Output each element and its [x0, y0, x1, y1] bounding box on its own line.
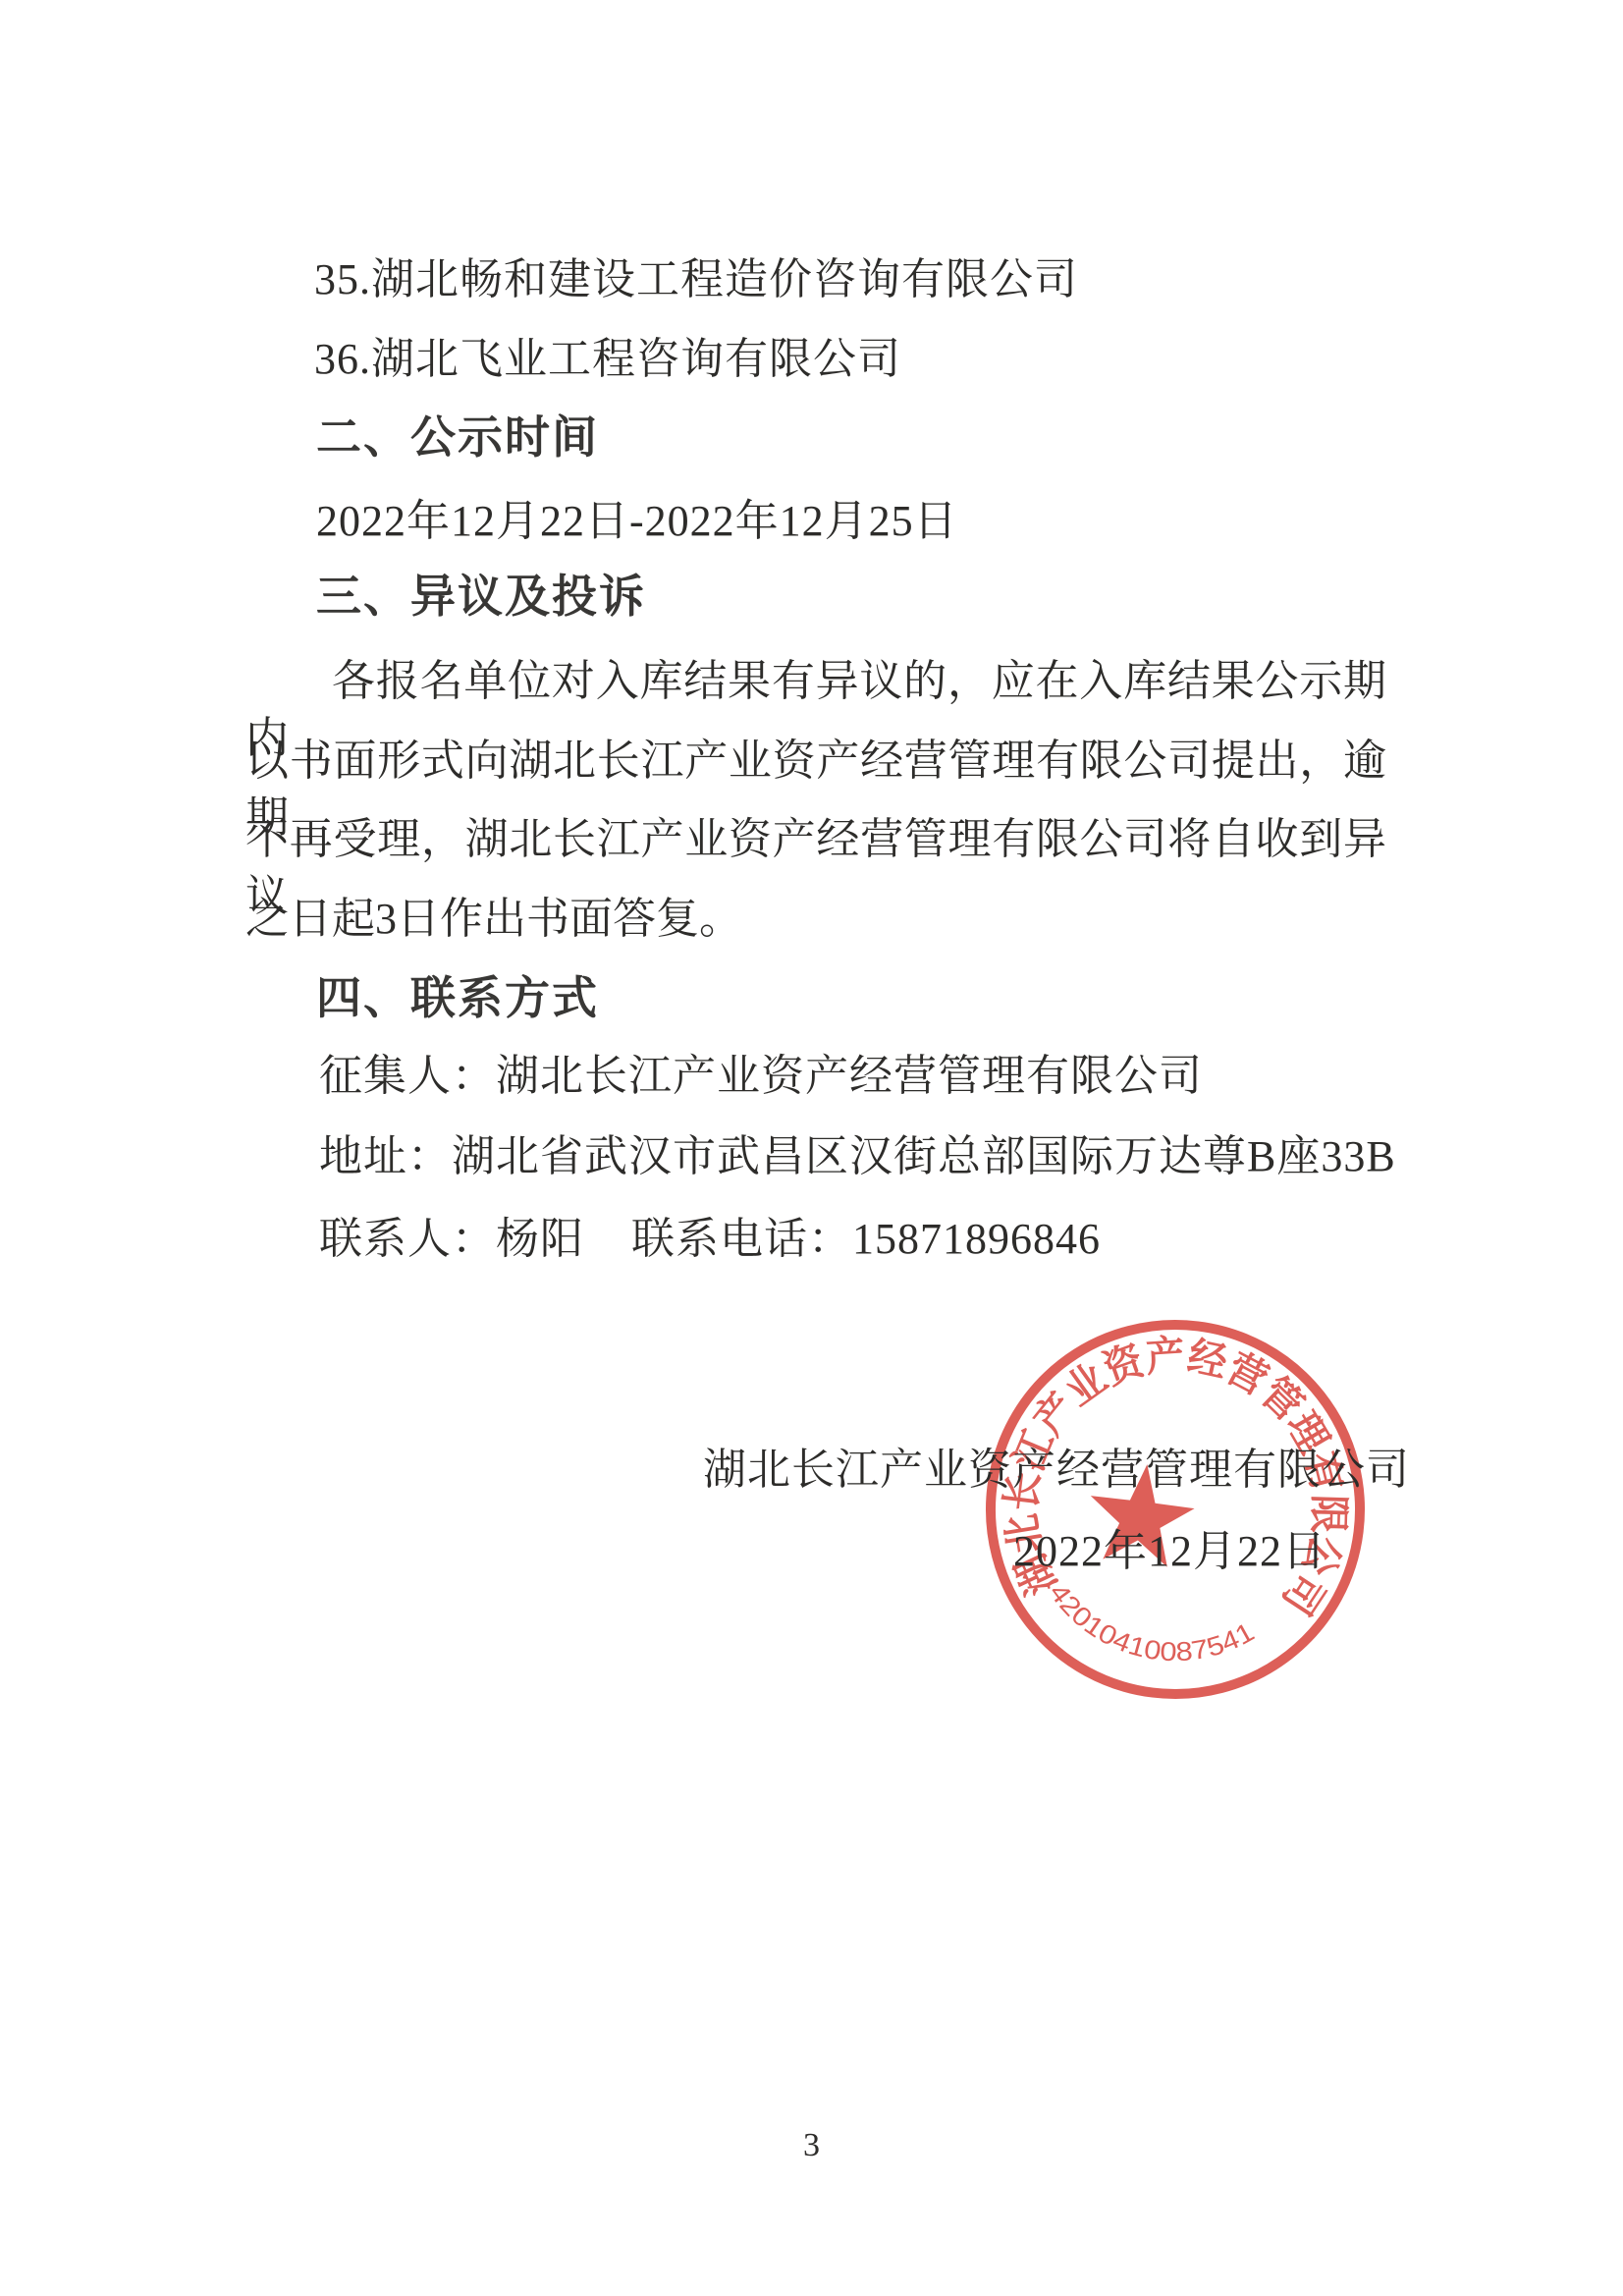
signature-date: 2022年12月22日: [1013, 1523, 1326, 1580]
section-contact-heading: 四、联系方式: [316, 969, 599, 1026]
publicity-date-range: 2022年12月22日-2022年12月25日: [316, 493, 958, 550]
objection-paragraph-line-4: 之日起3日作出书面答复。: [245, 891, 1386, 948]
contact-person: 联系人：杨阳: [319, 1211, 584, 1268]
document-page: 35.湖北畅和建设工程造价咨询有限公司 36.湖北飞业工程咨询有限公司 二、公示…: [0, 0, 1623, 2296]
contact-row: 联系人：杨阳 联系电话：15871896846: [319, 1211, 1101, 1268]
section-objection-heading: 三、异议及投诉: [316, 568, 646, 625]
contact-phone: 联系电话：15871896846: [631, 1211, 1101, 1268]
contact-address: 地址：湖北省武汉市武昌区汉街总部国际万达尊B座33B: [319, 1128, 1396, 1185]
contact-solicitor: 征集人：湖北长江产业资产经营管理有限公司: [319, 1048, 1203, 1105]
company-seal-stamp: 湖北长江产业资产经营管理有限公司 42010410087541: [946, 1280, 1405, 1739]
page-number: 3: [0, 2126, 1623, 2165]
section-publicity-heading: 二、公示时间: [316, 409, 599, 465]
list-item-36: 36.湖北飞业工程咨询有限公司: [314, 331, 901, 388]
list-item-35: 35.湖北畅和建设工程造价咨询有限公司: [314, 251, 1078, 308]
signature-company: 湖北长江产业资产经营管理有限公司: [703, 1442, 1410, 1499]
